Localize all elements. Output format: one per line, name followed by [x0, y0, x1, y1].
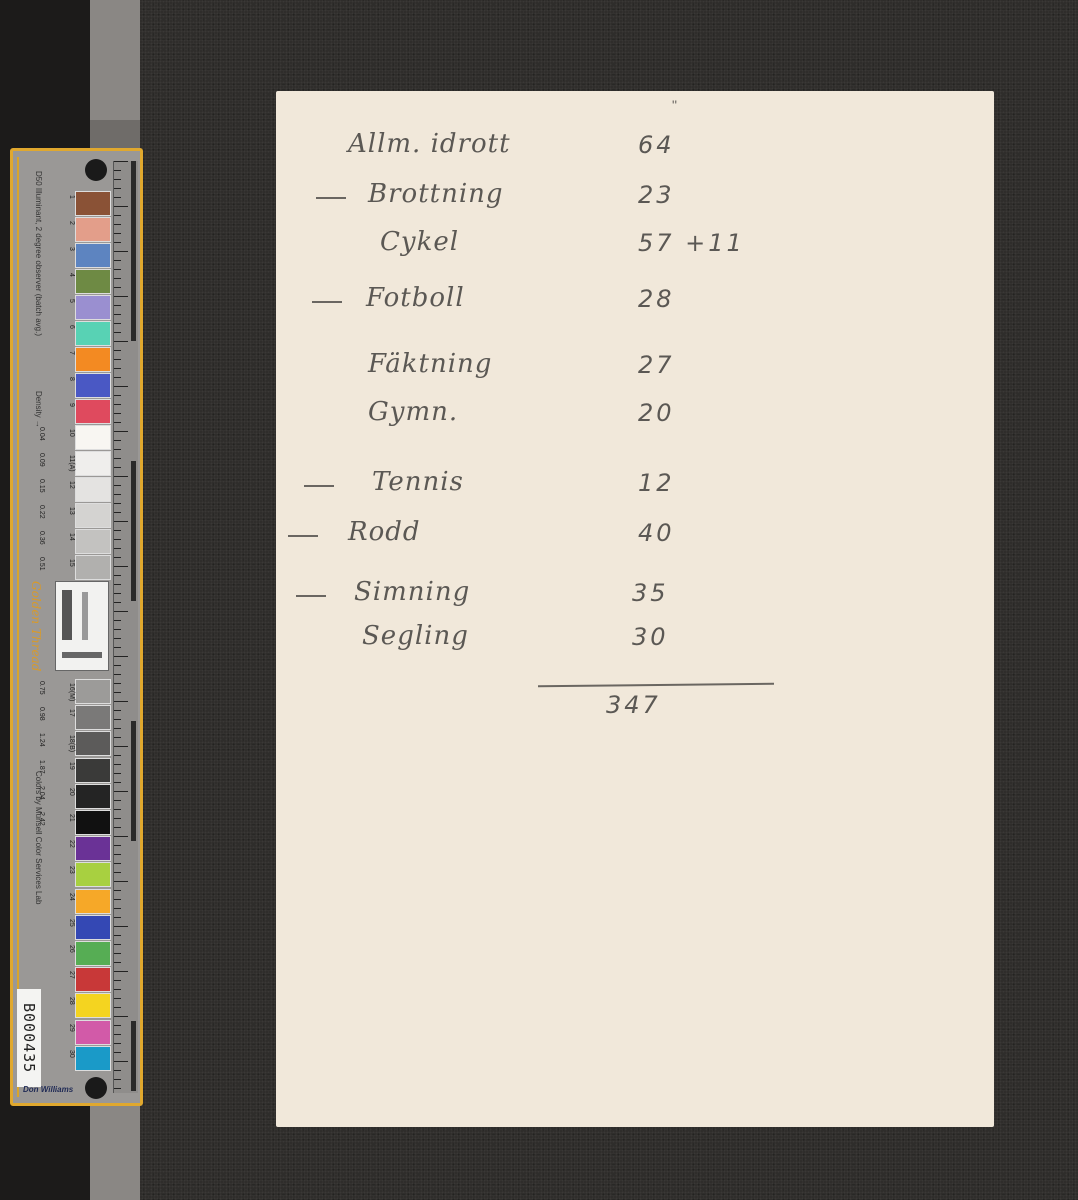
color-patch: [75, 836, 111, 861]
mount-hole-icon: [85, 1077, 107, 1099]
density-value: 0.75: [35, 681, 45, 695]
entry-value: 12: [638, 469, 675, 497]
color-patch: [75, 862, 111, 887]
density-value: 0.09: [35, 453, 45, 467]
density-value: 0.51: [35, 557, 45, 571]
patch-number: 16(M): [65, 683, 75, 701]
color-patch: [75, 477, 111, 502]
tick-mark-icon: [304, 485, 334, 487]
patch-number: 21: [65, 814, 75, 822]
patch-number: 27: [65, 971, 75, 979]
handwritten-card: " 347 Allm. idrott64Brottning23Cykel57 +…: [276, 91, 994, 1127]
color-patch: [75, 555, 111, 580]
patch-number: 5: [65, 299, 75, 303]
density-value: 2.04: [35, 786, 45, 800]
entry-label: Fäktning: [368, 349, 492, 379]
catalog-id-label: B000435: [17, 989, 41, 1087]
patch-number: 18(B): [65, 735, 75, 752]
color-patch: [75, 321, 111, 346]
patch-number: 4: [65, 273, 75, 277]
entry-value: 27: [638, 351, 675, 379]
sum-line: [538, 683, 774, 687]
color-patch: [75, 425, 111, 450]
patch-number: 3: [65, 247, 75, 251]
patch-number: 15: [65, 559, 75, 567]
tick-mark-icon: [288, 535, 318, 537]
density-value: 1.24: [35, 733, 45, 747]
density-value: 0.22: [35, 505, 45, 519]
entry-value: 23: [638, 181, 675, 209]
color-patch: [75, 967, 111, 992]
patch-number: 26: [65, 945, 75, 953]
entry-label: Rodd: [348, 517, 421, 547]
color-patch: [75, 941, 111, 966]
patch-number: 8: [65, 377, 75, 381]
color-patch: [75, 373, 111, 398]
patch-number: 30: [65, 1050, 75, 1058]
patch-number: 6: [65, 325, 75, 329]
entry-label: Tennis: [372, 467, 464, 497]
color-patch: [75, 915, 111, 940]
color-patch: [75, 295, 111, 320]
ruler-scale: [113, 161, 138, 1093]
entry-value: 57 +11: [638, 229, 745, 257]
density-value: 1.87: [35, 760, 45, 774]
entry-value: 20: [638, 399, 675, 427]
color-patch: [75, 191, 111, 216]
entry-label: Fotboll: [366, 283, 465, 313]
patch-number: 12: [65, 481, 75, 489]
patch-number: 29: [65, 1024, 75, 1032]
density-value: 0.36: [35, 531, 45, 545]
color-patch: [75, 1020, 111, 1045]
patch-number: 11(A): [65, 455, 75, 472]
density-value: 2.42: [35, 812, 45, 826]
patch-number: 7: [65, 351, 75, 355]
patch-number: 23: [65, 866, 75, 874]
color-patch: [75, 529, 111, 554]
entry-label: Simning: [354, 577, 470, 607]
entry-value: 28: [638, 285, 675, 313]
color-patch: [75, 784, 111, 809]
patch-number: 25: [65, 919, 75, 927]
patch-number: 10: [65, 429, 75, 437]
entry-value: 35: [632, 579, 669, 607]
entry-value: 30: [632, 623, 669, 651]
entry-label: Segling: [362, 621, 469, 651]
color-patch: [75, 347, 111, 372]
density-value: 0.15: [35, 479, 45, 493]
patch-number: 17: [65, 709, 75, 717]
color-patch: [75, 993, 111, 1018]
patch-number: 24: [65, 893, 75, 901]
ditto-mark: ": [672, 97, 677, 113]
color-patch: [75, 1046, 111, 1071]
color-patch: [75, 810, 111, 835]
color-patch: [75, 243, 111, 268]
color-patch: [75, 731, 111, 756]
entry-value: 64: [638, 131, 675, 159]
color-patch: [75, 399, 111, 424]
tick-mark-icon: [296, 595, 326, 597]
patch-number: 28: [65, 997, 75, 1005]
entry-value: 40: [638, 519, 675, 547]
patch-number: 1: [65, 195, 75, 199]
color-patch: [75, 705, 111, 730]
color-patch: [75, 451, 111, 476]
density-value: 0.04: [35, 427, 45, 441]
signature: Don Williams: [23, 1085, 73, 1094]
total-value: 347: [606, 691, 661, 719]
mount-hole-icon: [85, 159, 107, 181]
entry-label: Gymn.: [368, 397, 458, 427]
entry-label: Allm. idrott: [348, 129, 511, 159]
patch-number: 13: [65, 507, 75, 515]
density-value: 0.98: [35, 707, 45, 721]
color-patch: [75, 889, 111, 914]
tick-mark-icon: [312, 301, 342, 303]
color-patch: [75, 269, 111, 294]
patch-number: 22: [65, 840, 75, 848]
entry-label: Cykel: [380, 227, 459, 257]
density-label: Density →: [21, 391, 43, 428]
color-calibration-target: D50 Illuminant, 2 degree observer (batch…: [10, 148, 143, 1106]
color-patch: [75, 503, 111, 528]
tick-mark-icon: [316, 197, 346, 199]
patch-number: 2: [65, 221, 75, 225]
patch-number: 9: [65, 403, 75, 407]
color-patch: [75, 758, 111, 783]
patch-number: 20: [65, 788, 75, 796]
brand-logo: Golden Thread: [29, 581, 43, 671]
patch-number: 19: [65, 762, 75, 770]
color-patch: [75, 679, 111, 704]
patch-number: 14: [65, 533, 75, 541]
entry-label: Brottning: [368, 179, 504, 209]
grayscale-card: [55, 581, 109, 671]
color-patch: [75, 217, 111, 242]
target-caption-top: D50 Illuminant, 2 degree observer (batch…: [21, 171, 43, 336]
target-border-line: [17, 157, 19, 1097]
